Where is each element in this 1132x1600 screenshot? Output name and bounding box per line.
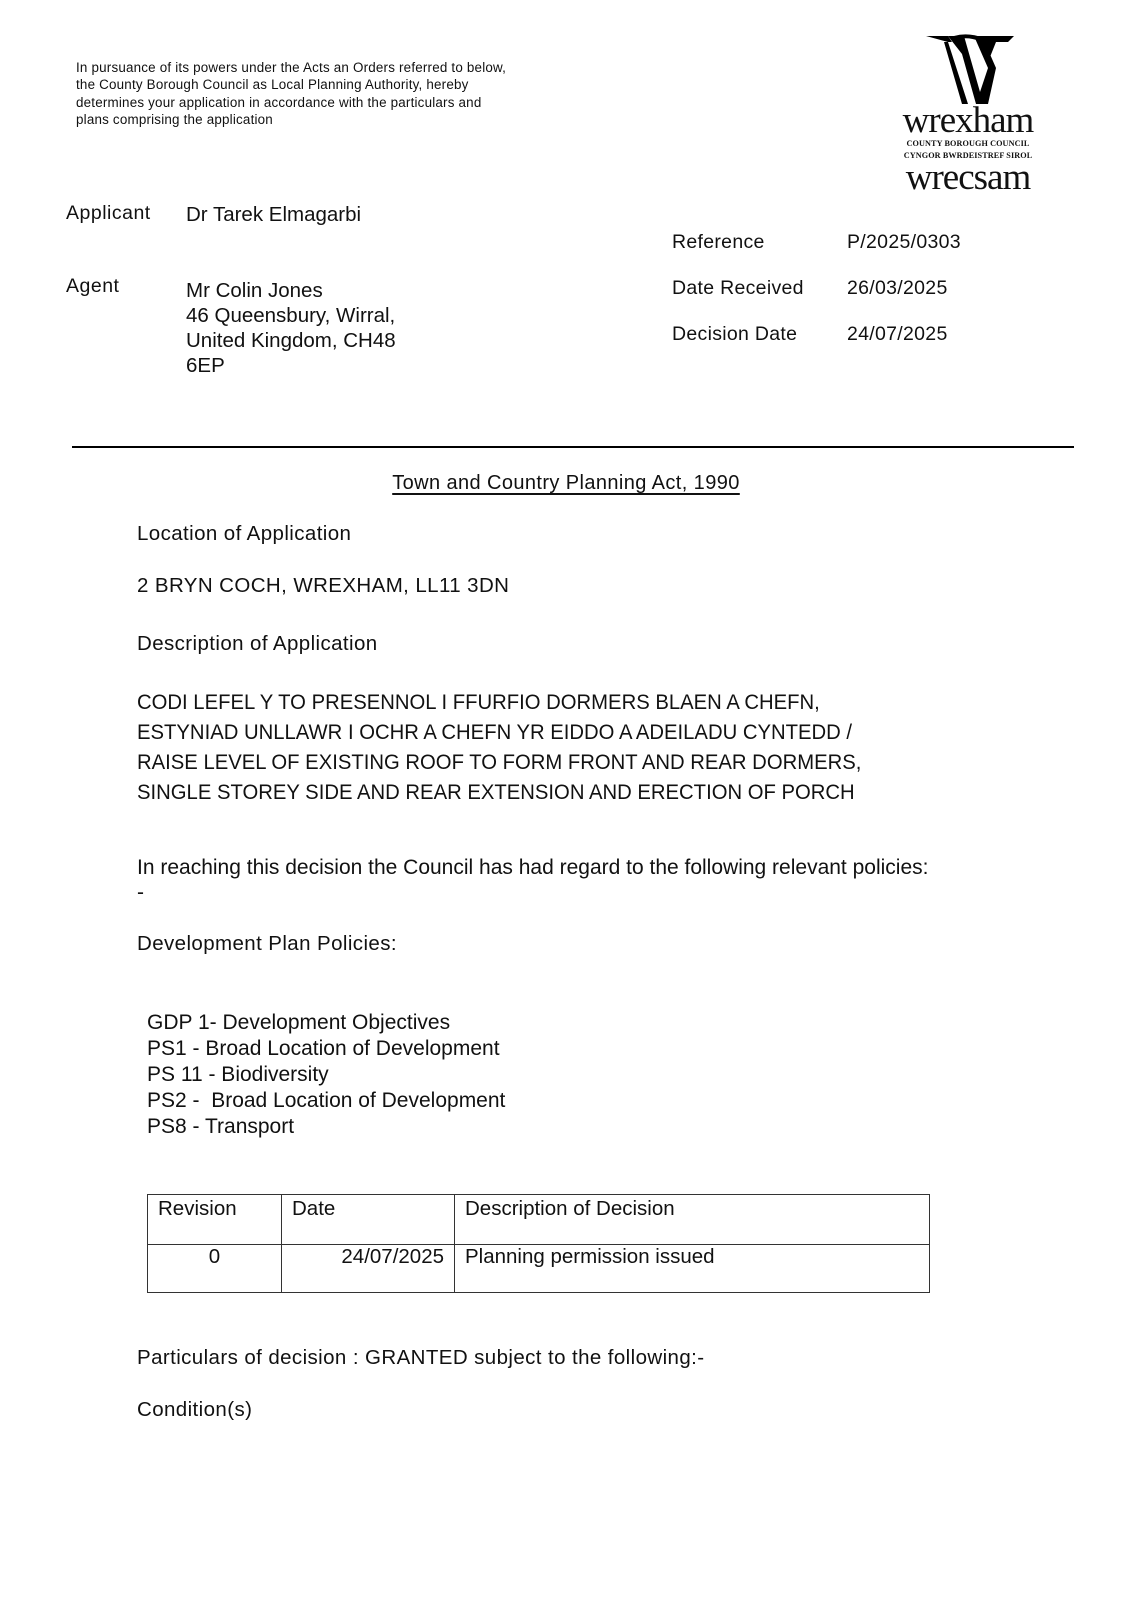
act-title: Town and Country Planning Act, 1990 (0, 472, 1132, 495)
policies-intro: In reaching this decision the Council ha… (137, 855, 937, 905)
logo-council-en: COUNTY BOROUGH COUNCIL (888, 138, 1048, 150)
agent-address: Mr Colin Jones 46 Queensbury, Wirral, Un… (186, 278, 396, 378)
location-value: 2 BRYN COCH, WREXHAM, LL11 3DN (137, 574, 509, 598)
wrexham-w-logo-icon (918, 32, 1018, 108)
agent-label: Agent (66, 275, 119, 298)
decision-date-value: 24/07/2025 (847, 323, 948, 346)
conditions-heading: Condition(s) (137, 1398, 252, 1422)
description-text: CODI LEFEL Y TO PRESENNOL I FFURFIO DORM… (137, 688, 861, 808)
policy-item: GDP 1- Development Objectives (147, 1010, 505, 1036)
date-received-value: 26/03/2025 (847, 277, 948, 300)
agent-line: United Kingdom, CH48 (186, 328, 396, 353)
council-logo: wrexham COUNTY BOROUGH COUNCIL CYNGOR BW… (888, 32, 1048, 202)
header-revision: Revision (148, 1195, 282, 1245)
header-description: Description of Decision (455, 1195, 930, 1245)
header-date: Date (282, 1195, 455, 1245)
policy-item: PS 11 - Biodiversity (147, 1062, 505, 1088)
policies-heading: Development Plan Policies: (137, 932, 397, 956)
particulars-of-decision: Particulars of decision : GRANTED subjec… (137, 1346, 704, 1370)
description-label: Description of Application (137, 632, 378, 656)
agent-line: 46 Queensbury, Wirral, (186, 303, 396, 328)
decision-date-label: Decision Date (672, 323, 797, 346)
table-header-row: Revision Date Description of Decision (148, 1195, 930, 1245)
cell-description: Planning permission issued (455, 1245, 930, 1293)
decision-table: Revision Date Description of Decision 0 … (147, 1194, 930, 1293)
table-row: 0 24/07/2025 Planning permission issued (148, 1245, 930, 1293)
agent-line: Mr Colin Jones (186, 278, 396, 303)
logo-name-cy: wrecsam (888, 162, 1048, 194)
reference-value: P/2025/0303 (847, 231, 961, 254)
cell-revision: 0 (148, 1245, 282, 1293)
applicant-label: Applicant (66, 202, 151, 225)
cell-date: 24/07/2025 (282, 1245, 455, 1293)
intro-paragraph: In pursuance of its powers under the Act… (76, 59, 516, 128)
applicant-name: Dr Tarek Elmagarbi (186, 202, 361, 227)
policy-item: PS2 - Broad Location of Development (147, 1088, 505, 1114)
divider (72, 446, 1074, 448)
policies-list: GDP 1- Development Objectives PS1 - Broa… (147, 1010, 505, 1140)
logo-name-en: wrexham (888, 104, 1048, 138)
policy-item: PS1 - Broad Location of Development (147, 1036, 505, 1062)
date-received-label: Date Received (672, 277, 804, 300)
location-label: Location of Application (137, 522, 351, 546)
policy-item: PS8 - Transport (147, 1114, 505, 1140)
reference-label: Reference (672, 231, 765, 254)
agent-line: 6EP (186, 353, 396, 378)
